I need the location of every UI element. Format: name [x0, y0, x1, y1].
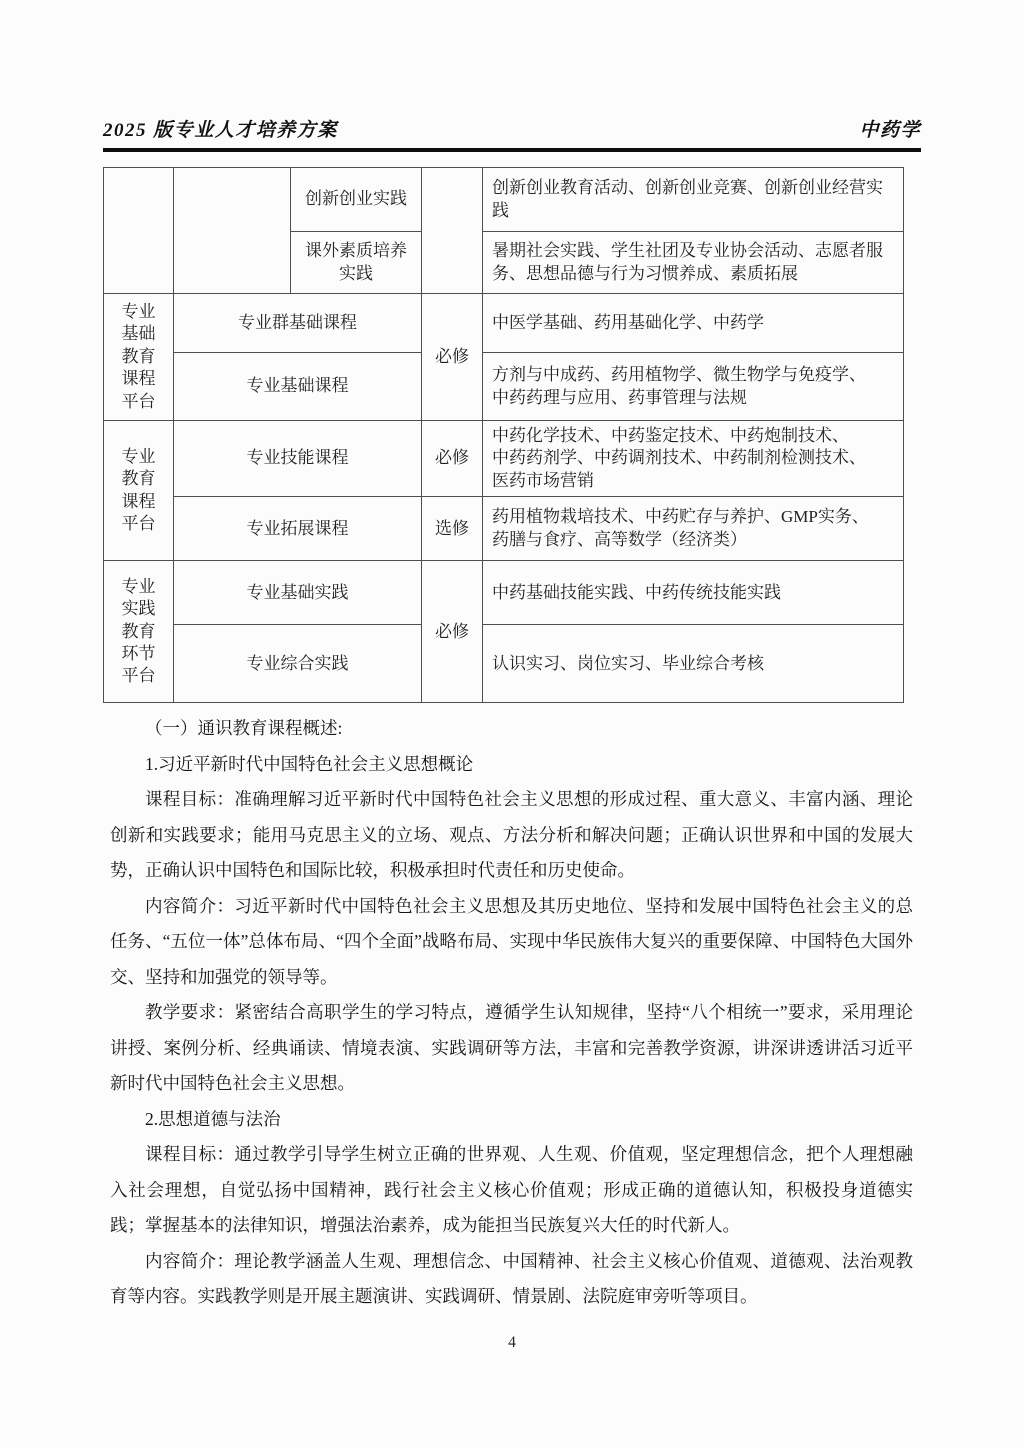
paragraph-teaching-req: 教学要求：紧密结合高职学生的学习特点，遵循学生认知规律，坚持“八个相统一”要求，…: [110, 995, 913, 1102]
course-heading: 2.思想道德与法治: [110, 1102, 913, 1138]
platform-cell-empty: [104, 168, 174, 294]
courses-cell: 认识实习、岗位实习、毕业综合考核: [483, 625, 904, 703]
page-footer: 4: [0, 1334, 1024, 1352]
subcategory-cell-empty: [174, 168, 291, 294]
course-heading: 1.习近平新时代中国特色社会主义思想概论: [110, 747, 913, 783]
section-heading: （一）通识教育课程概述:: [110, 711, 913, 747]
courses-cell: 药用植物栽培技术、中药贮存与养护、GMP实务、 药膳与食疗、高等数学（经济类）: [483, 497, 904, 561]
mode-cell: 必修: [422, 294, 483, 421]
paragraph-content-intro: 内容简介：理论教学涵盖人生观、理想信念、中国精神、社会主义核心价值观、道德观、法…: [110, 1244, 913, 1315]
table-row: 专业 基础 教育 课程 平台 专业群基础课程 必修 中医学基础、药用基础化学、中…: [104, 294, 904, 353]
category-cell: 专业基础实践: [174, 561, 422, 625]
category-cell: 专业拓展课程: [174, 497, 422, 561]
table-row: 创新创业实践 创新创业教育活动、创新创业竞赛、创新创业经营实 践: [104, 168, 904, 232]
courses-cell: 中医学基础、药用基础化学、中药学: [483, 294, 904, 353]
table-row: 专业基础课程 方剂与中成药、药用植物学、微生物学与免疫学、 中药药理与应用、药事…: [104, 353, 904, 421]
paragraph-course-goal: 课程目标：通过教学引导学生树立正确的世界观、人生观、价值观，坚定理想信念，把个人…: [110, 1137, 913, 1244]
page-number: 4: [508, 1334, 516, 1351]
category-cell: 专业基础课程: [174, 353, 422, 421]
courses-cell: 中药基础技能实践、中药传统技能实践: [483, 561, 904, 625]
category-cell: 课外素质培养 实践: [291, 232, 422, 294]
table-row: 专业综合实践 认识实习、岗位实习、毕业综合考核: [104, 625, 904, 703]
category-cell: 专业综合实践: [174, 625, 422, 703]
category-cell: 专业群基础课程: [174, 294, 422, 353]
paragraph-content-intro: 内容简介：习近平新时代中国特色社会主义思想及其历史地位、坚持和发展中国特色社会主…: [110, 889, 913, 996]
mode-cell-empty: [422, 168, 483, 294]
category-cell: 专业技能课程: [174, 421, 422, 497]
header-rule: [103, 148, 921, 152]
paragraph-course-goal: 课程目标：准确理解习近平新时代中国特色社会主义思想的形成过程、重大意义、丰富内涵…: [110, 782, 913, 889]
page-header: 2025 版专业人才培养方案 中药学: [103, 116, 921, 142]
table-row: 专业拓展课程 选修 药用植物栽培技术、中药贮存与养护、GMP实务、 药膳与食疗、…: [104, 497, 904, 561]
curriculum-table: 创新创业实践 创新创业教育活动、创新创业竞赛、创新创业经营实 践 课外素质培养 …: [103, 167, 904, 703]
mode-cell: 必修: [422, 421, 483, 497]
table-row: 专业 教育 课程 平台 专业技能课程 必修 中药化学技术、中药鉴定技术、中药炮制…: [104, 421, 904, 497]
mode-cell: 必修: [422, 561, 483, 703]
platform-cell: 专业 基础 教育 课程 平台: [104, 294, 174, 421]
platform-cell: 专业 教育 课程 平台: [104, 421, 174, 561]
mode-cell: 选修: [422, 497, 483, 561]
body-text: （一）通识教育课程概述: 1.习近平新时代中国特色社会主义思想概论 课程目标：准…: [110, 711, 913, 1315]
category-cell: 创新创业实践: [291, 168, 422, 232]
courses-cell: 暑期社会实践、学生社团及专业协会活动、志愿者服 务、思想品德与行为习惯养成、素质…: [483, 232, 904, 294]
courses-cell: 创新创业教育活动、创新创业竞赛、创新创业经营实 践: [483, 168, 904, 232]
header-title: 2025 版专业人才培养方案: [103, 115, 338, 142]
platform-cell: 专业 实践 教育 环节 平台: [104, 561, 174, 703]
courses-cell: 方剂与中成药、药用植物学、微生物学与免疫学、 中药药理与应用、药事管理与法规: [483, 353, 904, 421]
courses-cell: 中药化学技术、中药鉴定技术、中药炮制技术、 中药药剂学、中药调剂技术、中药制剂检…: [483, 421, 904, 497]
header-major: 中药学: [859, 115, 921, 142]
table-row: 专业 实践 教育 环节 平台 专业基础实践 必修 中药基础技能实践、中药传统技能…: [104, 561, 904, 625]
document-page: 2025 版专业人才培养方案 中药学 创新创业实践 创新创业教育活动、创新创业竞…: [0, 0, 1024, 1448]
